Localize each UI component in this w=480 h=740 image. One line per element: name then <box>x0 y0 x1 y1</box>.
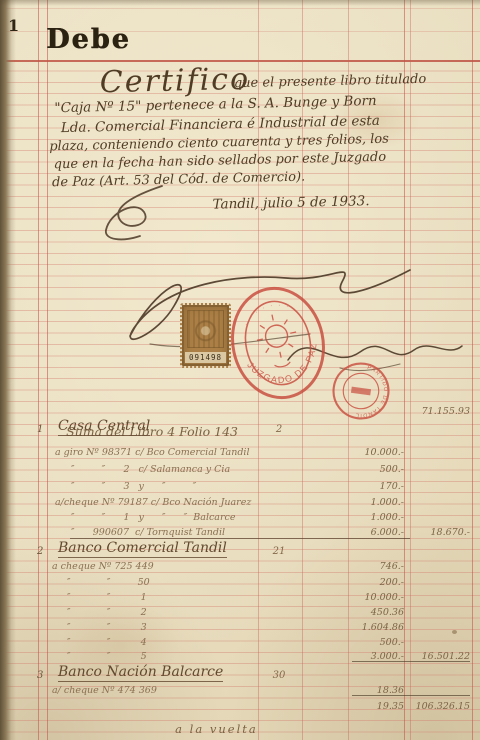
ledger-row-desc: ″ ″ 50 <box>58 577 150 588</box>
account-number-1: 1 <box>37 424 48 435</box>
folio-number-3: 30 <box>260 670 298 681</box>
vertical-rule <box>472 0 473 740</box>
revenue-stamp-number: 091498 <box>185 352 226 363</box>
ledger-row-desc: ″ ″ 1 y ″ ″ Balcarce <box>62 512 235 523</box>
cert-opening-word: Certifico <box>99 62 250 100</box>
account-title-casa-central: Casa Central <box>58 418 150 436</box>
section-total: 18.670.- <box>412 527 470 538</box>
ledger-row-desc: ″ ″ 4 <box>58 637 147 648</box>
partido-round-stamp: PARTIDO DE TANDIL <box>326 356 396 426</box>
ledger-row-desc: ″ ″ 1 <box>58 592 147 603</box>
account-number-3: 3 <box>37 670 48 681</box>
ledger-row-desc: a cheque Nº 725 449 <box>52 561 154 572</box>
folio-number-2: 21 <box>260 546 298 557</box>
ledger-row-desc: ″ ″ 3 <box>58 622 147 633</box>
vertical-rule <box>38 0 39 740</box>
ledger-row-amount: 1.604.86 <box>346 622 404 633</box>
page-top-shadow <box>0 0 480 6</box>
revenue-stamp-ornament <box>187 310 224 348</box>
ledger-row-desc: ″ ″ 2 <box>58 607 147 618</box>
ledger-row-amount: 500.- <box>346 464 404 475</box>
sum-line <box>352 695 470 696</box>
rubric-flourish <box>92 178 192 248</box>
account-title-banco-comercial: Banco Comercial Tandil <box>58 540 227 558</box>
sum-line <box>70 538 410 539</box>
carry-col1-amount: 19.35 <box>346 701 404 712</box>
ledger-row-amount: 500.- <box>346 637 404 648</box>
ledger-row-desc: ″ 990607 c/ Tornquist Tandil <box>62 527 225 538</box>
ledger-row-amount: 1.000.- <box>346 512 404 523</box>
ledger-row-amount: 450.36 <box>346 607 404 618</box>
ledger-row-desc: a giro Nº 98371 c/ Bco Comercial Tandil <box>55 447 250 458</box>
carry-col2-amount: 106.326.15 <box>412 701 470 712</box>
opening-amount: 71.155.93 <box>412 406 470 417</box>
ledger-row-desc: ″ ″ 2 c/ Salamanca y Cia <box>62 464 230 475</box>
carry-row: a la vuelta <box>165 699 258 737</box>
ledger-row-amount: 1.000.- <box>346 497 404 508</box>
ledger-row-amount: 170.- <box>346 481 404 492</box>
account-number-2: 2 <box>37 546 48 557</box>
section-total: 16.501.22 <box>412 651 470 662</box>
ledger-row-desc: a/ cheque Nº 474 369 <box>52 685 157 696</box>
ledger-row-desc: ″ ″ 3 y ″ ″ <box>62 481 196 492</box>
vertical-rule <box>47 0 48 740</box>
account-title-banco-nacion: Banco Nación Balcarce <box>58 664 223 682</box>
ruled-line <box>0 8 480 9</box>
book-binding-edge <box>0 0 16 740</box>
folio-number-1: 2 <box>260 424 298 435</box>
ledger-row-desc: a/cheque Nº 79187 c/ Bco Nación Juarez <box>55 497 251 508</box>
ledger-row-amount: 746.- <box>346 561 404 572</box>
page-number: 1 <box>8 16 19 35</box>
ledger-row-amount: 10.000.- <box>346 447 404 458</box>
ledger-row-amount: 200.- <box>346 577 404 588</box>
ledger-row-amount: 10.000.- <box>346 592 404 603</box>
carry-label: a la vuelta <box>175 722 258 736</box>
ledger-row-desc: ″ ″ 5 <box>58 651 147 662</box>
ledger-row-amount: 6.000.- <box>346 527 404 538</box>
ledger-header-debe: Debe <box>46 24 131 55</box>
